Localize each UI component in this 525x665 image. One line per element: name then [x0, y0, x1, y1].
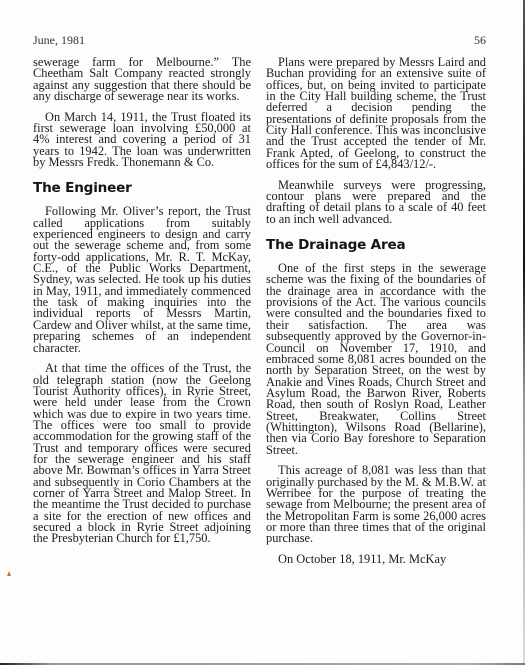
paragraph: sewerage farm for Melbourne.” The Cheeth… — [33, 57, 251, 102]
section-heading-drainage-area: The Drainage Area — [266, 237, 486, 253]
right-column: Plans were prepared by Messrs Laird and … — [266, 57, 486, 575]
issue-date: June, 1981 — [33, 33, 85, 48]
paragraph: Plans were prepared by Messrs Laird and … — [266, 57, 486, 170]
scan-speck — [7, 571, 11, 576]
paragraph: Meanwhile surveys were progressing, cont… — [266, 180, 486, 225]
paragraph: One of the first steps in the sewerage s… — [266, 263, 486, 456]
paragraph: This acreage of 8,081 was less than that… — [266, 465, 486, 544]
page-number: 56 — [474, 33, 486, 48]
paragraph: At that time the offices of the Trust, t… — [33, 363, 251, 545]
paragraph: On October 18, 1911, Mr. McKay — [266, 554, 486, 565]
paragraph: On March 14, 1911, the Trust floated its… — [33, 112, 251, 169]
left-column: sewerage farm for Melbourne.” The Cheeth… — [33, 57, 251, 554]
section-heading-engineer: The Engineer — [33, 180, 251, 196]
document-page: June, 1981 56 sewerage farm for Melbourn… — [0, 0, 525, 665]
paragraph: Following Mr. Oliver’s report, the Trust… — [33, 206, 251, 353]
running-header: June, 1981 56 — [33, 33, 486, 48]
